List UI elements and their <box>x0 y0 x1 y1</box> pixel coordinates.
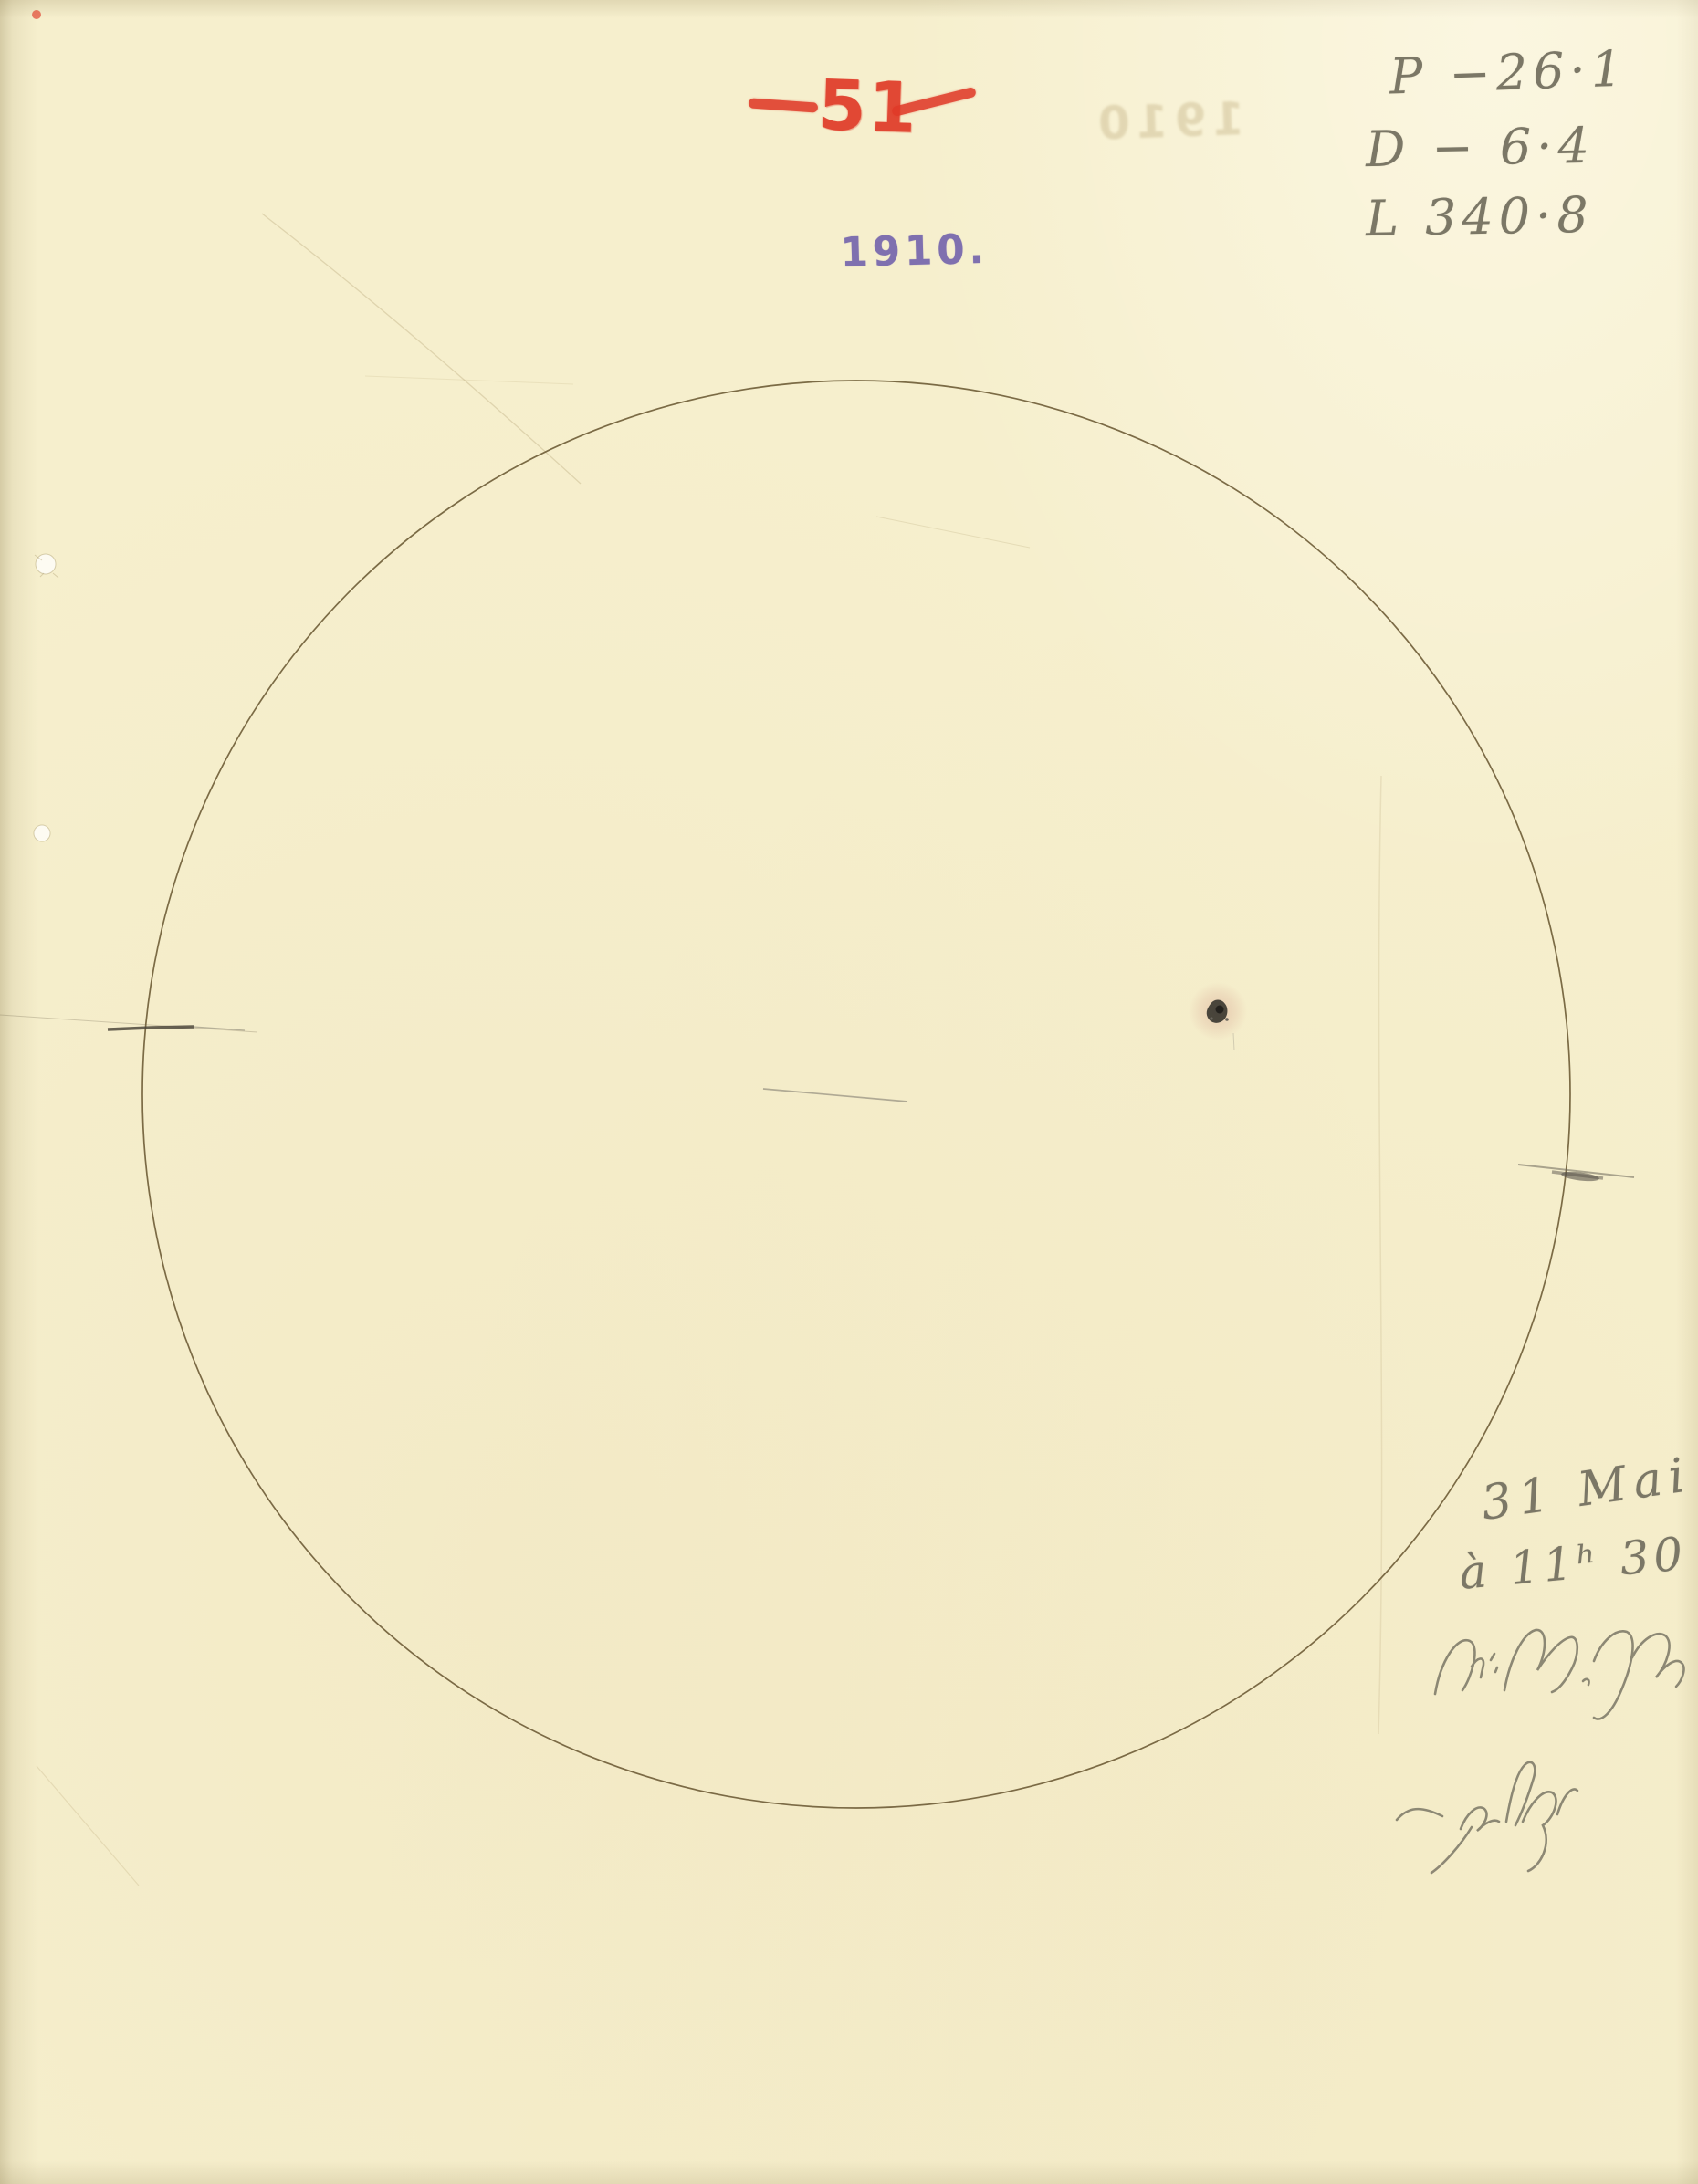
lower-scribble-label <box>1395 1760 1577 1878</box>
paper-chips <box>34 554 58 841</box>
measurement-d: D − 6·4 <box>1365 117 1595 178</box>
center-fiducial-dash <box>763 1089 907 1102</box>
scanned-page: 51 1910. 1910 P −26·1 D − 6·4 L 340·8 31… <box>0 0 1698 2184</box>
ghost-year-stamp: 1910 <box>1091 92 1245 151</box>
red-speck <box>32 10 41 19</box>
right-fiducial-tick <box>1518 1165 1634 1183</box>
sun-disk-circle <box>142 381 1570 1808</box>
signature-label <box>1433 1625 1689 1711</box>
paper-creases <box>0 214 1382 1886</box>
measurement-p: P −26·1 <box>1389 39 1629 105</box>
year-stamp: 1910. <box>840 225 990 277</box>
measurement-l: L 340·8 <box>1365 186 1594 247</box>
sunspot <box>1189 982 1247 1050</box>
